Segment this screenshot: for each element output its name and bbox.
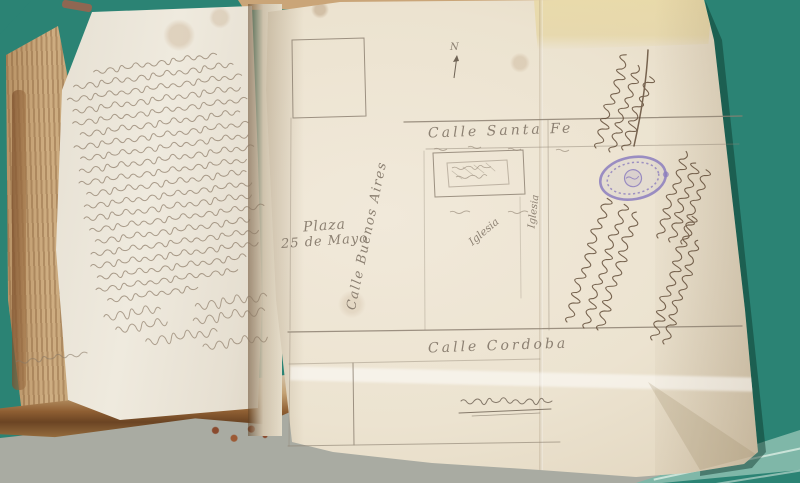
photo-of-archival-book-and-plan: N Calle Santa Fe Plaza 25 de Mayo Calle … [0, 0, 800, 483]
map-vertical-crease [539, 0, 543, 470]
left-manuscript-page [40, 0, 280, 440]
book-spine-shadow [12, 90, 26, 390]
north-label: N [450, 42, 459, 53]
